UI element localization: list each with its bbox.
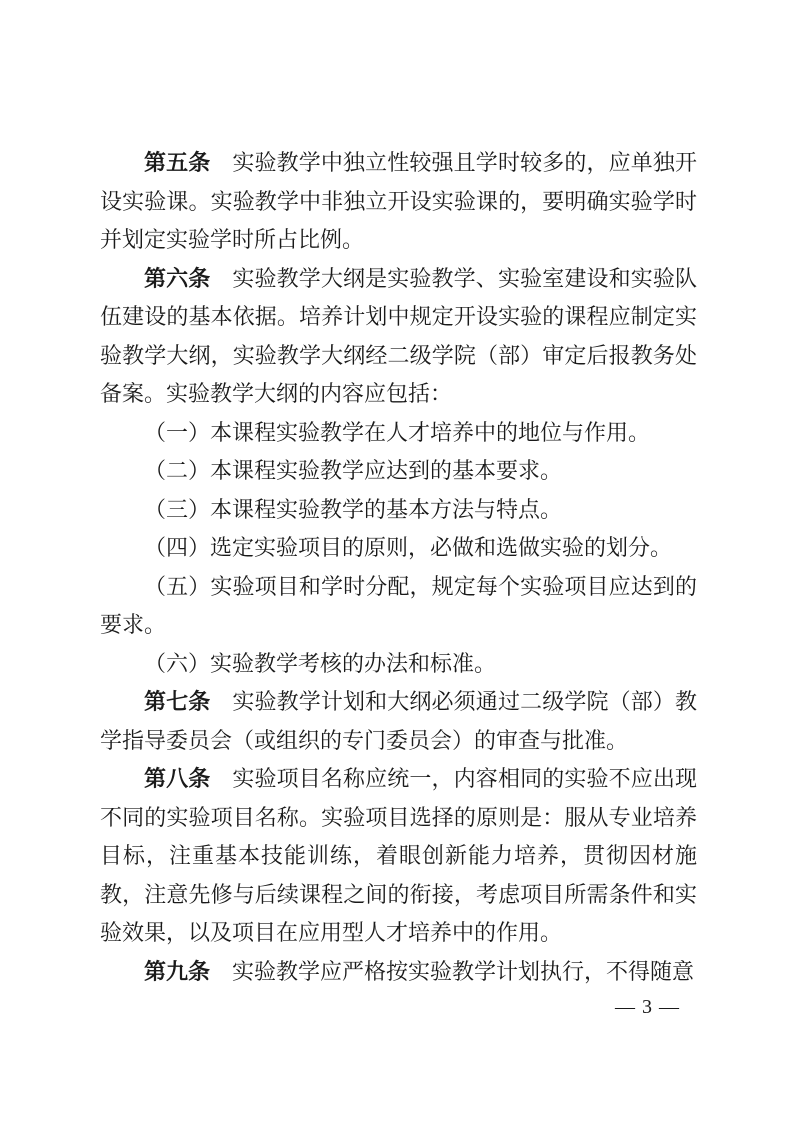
article-text: （五）实验项目和学时分配，规定每个实验项目应达到的要求。 (100, 574, 697, 638)
article-paragraph: 第八条实验项目名称应统一，内容相同的实验不应出现不同的实验项目名称。实验项目选择… (100, 760, 697, 953)
article-number: 第九条 (144, 959, 210, 984)
article-text: 实验教学应严格按实验教学计划执行，不得随意 (232, 959, 694, 984)
article-text: （六）实验教学考核的办法和标准。 (144, 651, 496, 676)
article-paragraph: 第五条实验教学中独立性较强且学时较多的，应单独开设实验课。实验教学中非独立开设实… (100, 144, 697, 260)
list-item-paragraph: （二）本课程实验教学应达到的基本要求。 (100, 452, 697, 491)
article-paragraph: 第九条实验教学应严格按实验教学计划执行，不得随意 (100, 953, 697, 992)
list-item-paragraph: （三）本课程实验教学的基本方法与特点。 (100, 491, 697, 530)
document-body: 第五条实验教学中独立性较强且学时较多的，应单独开设实验课。实验教学中非独立开设实… (100, 144, 697, 991)
list-item-paragraph: （一）本课程实验教学在人才培养中的地位与作用。 (100, 414, 697, 453)
article-paragraph: 第六条实验教学大纲是实验教学、实验室建设和实验队伍建设的基本依据。培养计划中规定… (100, 260, 697, 414)
document-page: 第五条实验教学中独立性较强且学时较多的，应单独开设实验课。实验教学中非独立开设实… (0, 0, 793, 1122)
page-number: — 3 — (615, 996, 680, 1018)
article-text: （一）本课程实验教学在人才培养中的地位与作用。 (144, 420, 650, 445)
list-item-paragraph: （六）实验教学考核的办法和标准。 (100, 645, 697, 684)
article-number: 第七条 (144, 689, 210, 714)
article-paragraph: 第七条实验教学计划和大纲必须通过二级学院（部）教学指导委员会（或组织的专门委员会… (100, 683, 697, 760)
article-text: （三）本课程实验教学的基本方法与特点。 (144, 497, 562, 522)
article-text: 实验项目名称应统一，内容相同的实验不应出现不同的实验项目名称。实验项目选择的原则… (100, 766, 697, 945)
article-text: （二）本课程实验教学应达到的基本要求。 (144, 458, 562, 483)
article-number: 第五条 (144, 150, 210, 175)
list-item-paragraph: （五）实验项目和学时分配，规定每个实验项目应达到的要求。 (100, 568, 697, 645)
list-item-paragraph: （四）选定实验项目的原则，必做和选做实验的划分。 (100, 529, 697, 568)
article-number: 第八条 (144, 766, 210, 791)
article-number: 第六条 (144, 266, 210, 291)
article-text: （四）选定实验项目的原则，必做和选做实验的划分。 (144, 535, 672, 560)
